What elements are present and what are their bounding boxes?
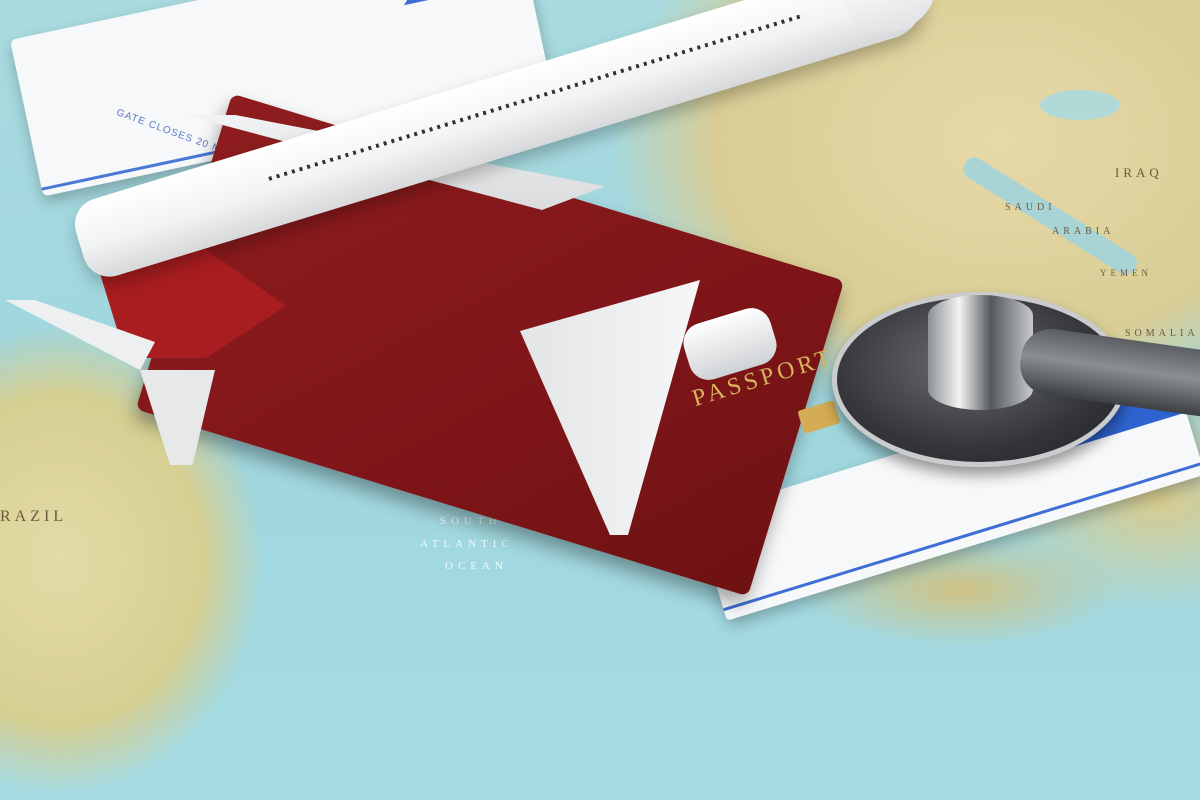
ocean-label-2: ATLANTIC — [420, 538, 514, 550]
airplane-stabilizer-near — [140, 370, 215, 465]
map-label-yemen: YEMEN — [1100, 268, 1152, 278]
ticket-stripe — [723, 462, 1200, 611]
photo-scene: RAZIL IRAQ SAUDI ARABIA YEMEN SOMALIA SO… — [0, 0, 1200, 800]
map-lake — [1040, 90, 1120, 120]
airplane-nose — [837, 0, 943, 43]
stethoscope-stem — [928, 295, 1033, 410]
map-label-somalia: SOMALIA — [1125, 328, 1199, 339]
map-red-sea — [959, 154, 1140, 279]
map-label-arabia: ARABIA — [1052, 226, 1114, 237]
map-label-brazil: RAZIL — [0, 508, 67, 526]
map-label-iraq: IRAQ — [1115, 165, 1163, 181]
ocean-label-3: OCEAN — [445, 560, 508, 572]
map-label-saudi: SAUDI — [1005, 202, 1056, 213]
